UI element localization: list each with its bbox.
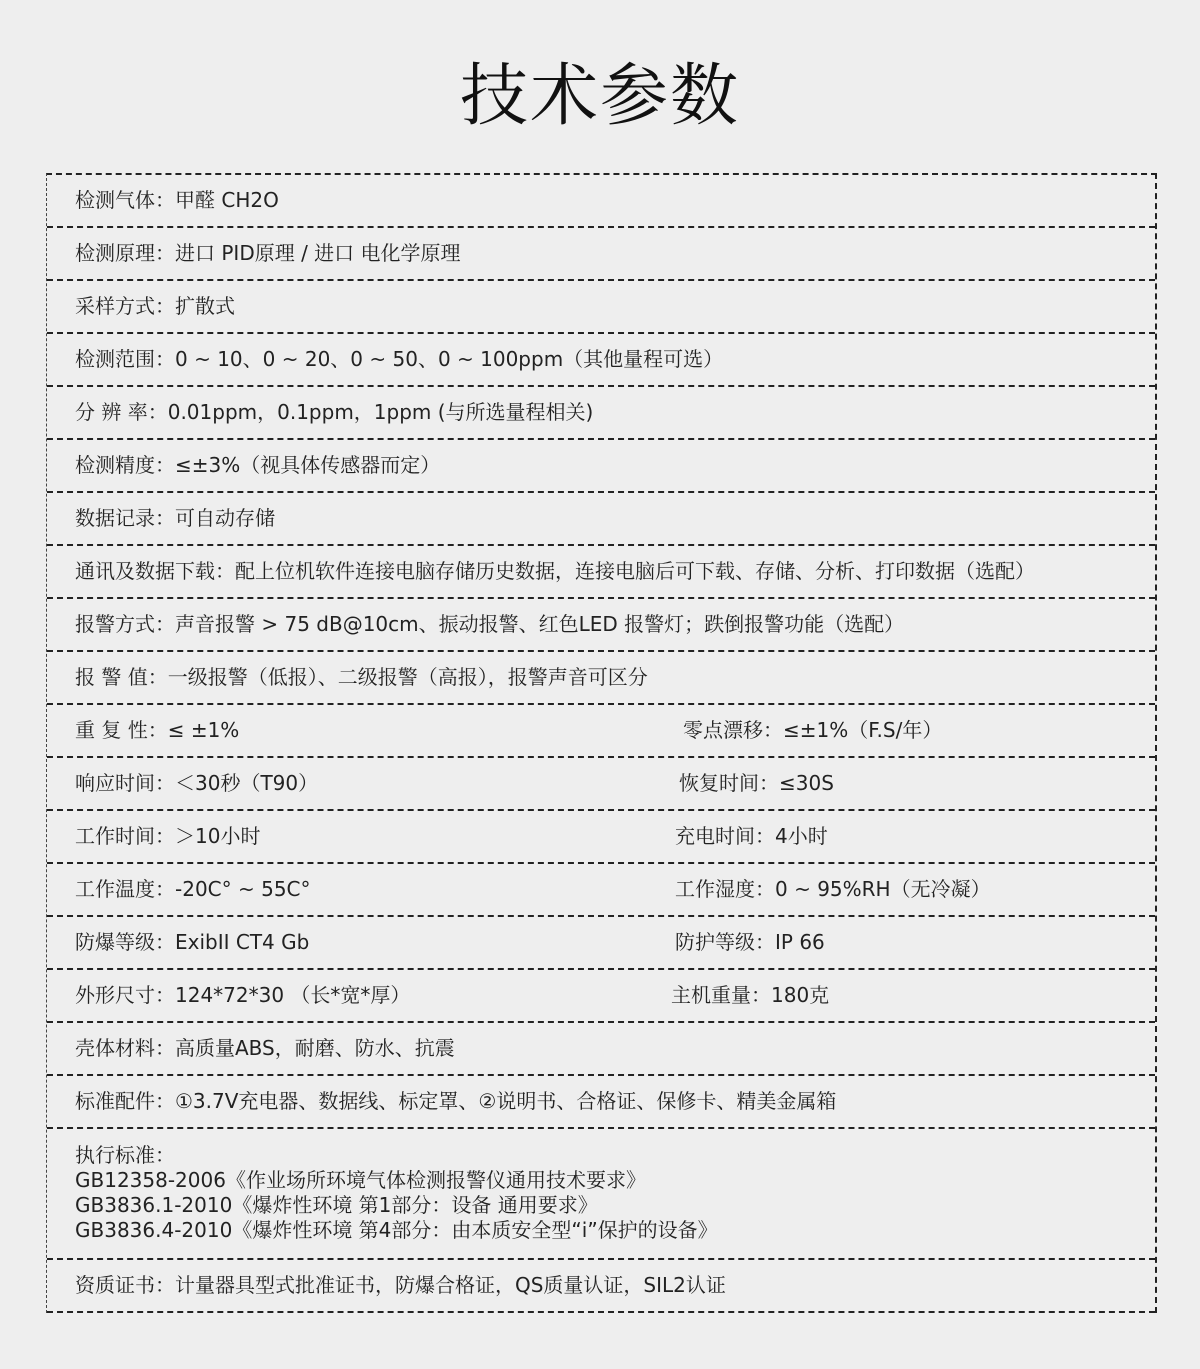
spec-row-data-record: 数据记录：可自动存储 — [47, 493, 1155, 546]
spec-row-sampling: 采样方式：扩散式 — [47, 281, 1155, 334]
spec-principle: 检测原理：进口 PID原理 / 进口 电化学原理 — [75, 228, 461, 279]
spec-row-alarm-value: 报 警 值：一级报警（低报）、二级报警（高报），报警声音可区分 — [47, 652, 1155, 705]
spec-response-time: 响应时间：＜30秒（T90） — [75, 758, 318, 809]
spec-weight: 主机重量：180克 — [671, 970, 829, 1021]
spec-row-explosion-proof: 防爆等级：ExibII CT4 Gb 防护等级：IP 66 — [47, 917, 1155, 970]
spec-protection-level: 防护等级：IP 66 — [675, 917, 825, 968]
standard-item: GB12358-2006《作业场所环境气体检测报警仪通用技术要求》 — [75, 1168, 718, 1193]
spec-zero-drift: 零点漂移：≤±1%（F.S/年） — [683, 705, 942, 756]
spec-accuracy: 检测精度：≤±3%（视具体传感器而定） — [75, 440, 440, 491]
spec-communication: 通讯及数据下载：配上位机软件连接电脑存储历史数据，连接电脑后可下载、存储、分析、… — [75, 546, 1035, 597]
spec-charging-time: 充电时间：4小时 — [675, 811, 828, 862]
spec-gas: 检测气体：甲醛 CH2O — [75, 175, 279, 226]
page-title: 技术参数 — [0, 52, 1200, 142]
spec-alarm-mode: 报警方式：声音报警 > 75 dB@10cm、振动报警、红色LED 报警灯；跌倒… — [75, 599, 904, 650]
standard-item: GB3836.4-2010《爆炸性环境 第4部分：由本质安全型“i”保护的设备》 — [75, 1218, 718, 1243]
spec-housing: 壳体材料：高质量ABS，耐磨、防水、抗震 — [75, 1023, 455, 1074]
spec-range: 检测范围：0 ~ 10、0 ~ 20、0 ~ 50、0 ~ 100ppm（其他量… — [75, 334, 723, 385]
spec-row-standards: 执行标准： GB12358-2006《作业场所环境气体检测报警仪通用技术要求》 … — [47, 1129, 1155, 1260]
spec-row-resolution: 分 辨 率：0.01ppm，0.1ppm，1ppm (与所选量程相关) — [47, 387, 1155, 440]
spec-alarm-value: 报 警 值：一级报警（低报）、二级报警（高报），报警声音可区分 — [75, 652, 648, 703]
spec-row-gas: 检测气体：甲醛 CH2O — [47, 175, 1155, 228]
spec-recovery-time: 恢复时间：≤30S — [679, 758, 834, 809]
spec-repeatability: 重 复 性：≤ ±1% — [75, 705, 239, 756]
spec-data-record: 数据记录：可自动存储 — [75, 493, 275, 544]
spec-row-accessories: 标准配件：①3.7V充电器、数据线、标定罩、②说明书、合格证、保修卡、精美金属箱 — [47, 1076, 1155, 1129]
spec-row-range: 检测范围：0 ~ 10、0 ~ 20、0 ~ 50、0 ~ 100ppm（其他量… — [47, 334, 1155, 387]
spec-humidity: 工作湿度：0 ~ 95%RH（无冷凝） — [675, 864, 991, 915]
spec-row-housing: 壳体材料：高质量ABS，耐磨、防水、抗震 — [47, 1023, 1155, 1076]
spec-row-principle: 检测原理：进口 PID原理 / 进口 电化学原理 — [47, 228, 1155, 281]
spec-row-working-time: 工作时间：＞10小时 充电时间：4小时 — [47, 811, 1155, 864]
spec-row-alarm-mode: 报警方式：声音报警 > 75 dB@10cm、振动报警、红色LED 报警灯；跌倒… — [47, 599, 1155, 652]
standard-item: GB3836.1-2010《爆炸性环境 第1部分：设备 通用要求》 — [75, 1193, 718, 1218]
spec-resolution: 分 辨 率：0.01ppm，0.1ppm，1ppm (与所选量程相关) — [75, 387, 593, 438]
spec-explosion-proof: 防爆等级：ExibII CT4 Gb — [75, 917, 309, 968]
spec-row-certificates: 资质证书：计量器具型式批准证书，防爆合格证，QS质量认证，SIL2认证 — [47, 1260, 1155, 1313]
spec-working-time: 工作时间：＞10小时 — [75, 811, 260, 862]
spec-row-accuracy: 检测精度：≤±3%（视具体传感器而定） — [47, 440, 1155, 493]
spec-table: 检测气体：甲醛 CH2O 检测原理：进口 PID原理 / 进口 电化学原理 采样… — [46, 173, 1157, 1313]
spec-temperature: 工作温度：-20C° ~ 55C° — [75, 864, 311, 915]
spec-row-response-time: 响应时间：＜30秒（T90） 恢复时间：≤30S — [47, 758, 1155, 811]
spec-sampling: 采样方式：扩散式 — [75, 281, 235, 332]
spec-certificates: 资质证书：计量器具型式批准证书，防爆合格证，QS质量认证，SIL2认证 — [75, 1260, 726, 1311]
spec-accessories: 标准配件：①3.7V充电器、数据线、标定罩、②说明书、合格证、保修卡、精美金属箱 — [75, 1076, 836, 1127]
spec-row-repeatability: 重 复 性：≤ ±1% 零点漂移：≤±1%（F.S/年） — [47, 705, 1155, 758]
standards-label: 执行标准： — [75, 1143, 718, 1168]
spec-row-communication: 通讯及数据下载：配上位机软件连接电脑存储历史数据，连接电脑后可下载、存储、分析、… — [47, 546, 1155, 599]
spec-standards: 执行标准： GB12358-2006《作业场所环境气体检测报警仪通用技术要求》 … — [75, 1143, 718, 1243]
spec-row-temperature: 工作温度：-20C° ~ 55C° 工作湿度：0 ~ 95%RH（无冷凝） — [47, 864, 1155, 917]
spec-row-dimensions: 外形尺寸：124*72*30 （长*宽*厚） 主机重量：180克 — [47, 970, 1155, 1023]
spec-dimensions: 外形尺寸：124*72*30 （长*宽*厚） — [75, 970, 410, 1021]
